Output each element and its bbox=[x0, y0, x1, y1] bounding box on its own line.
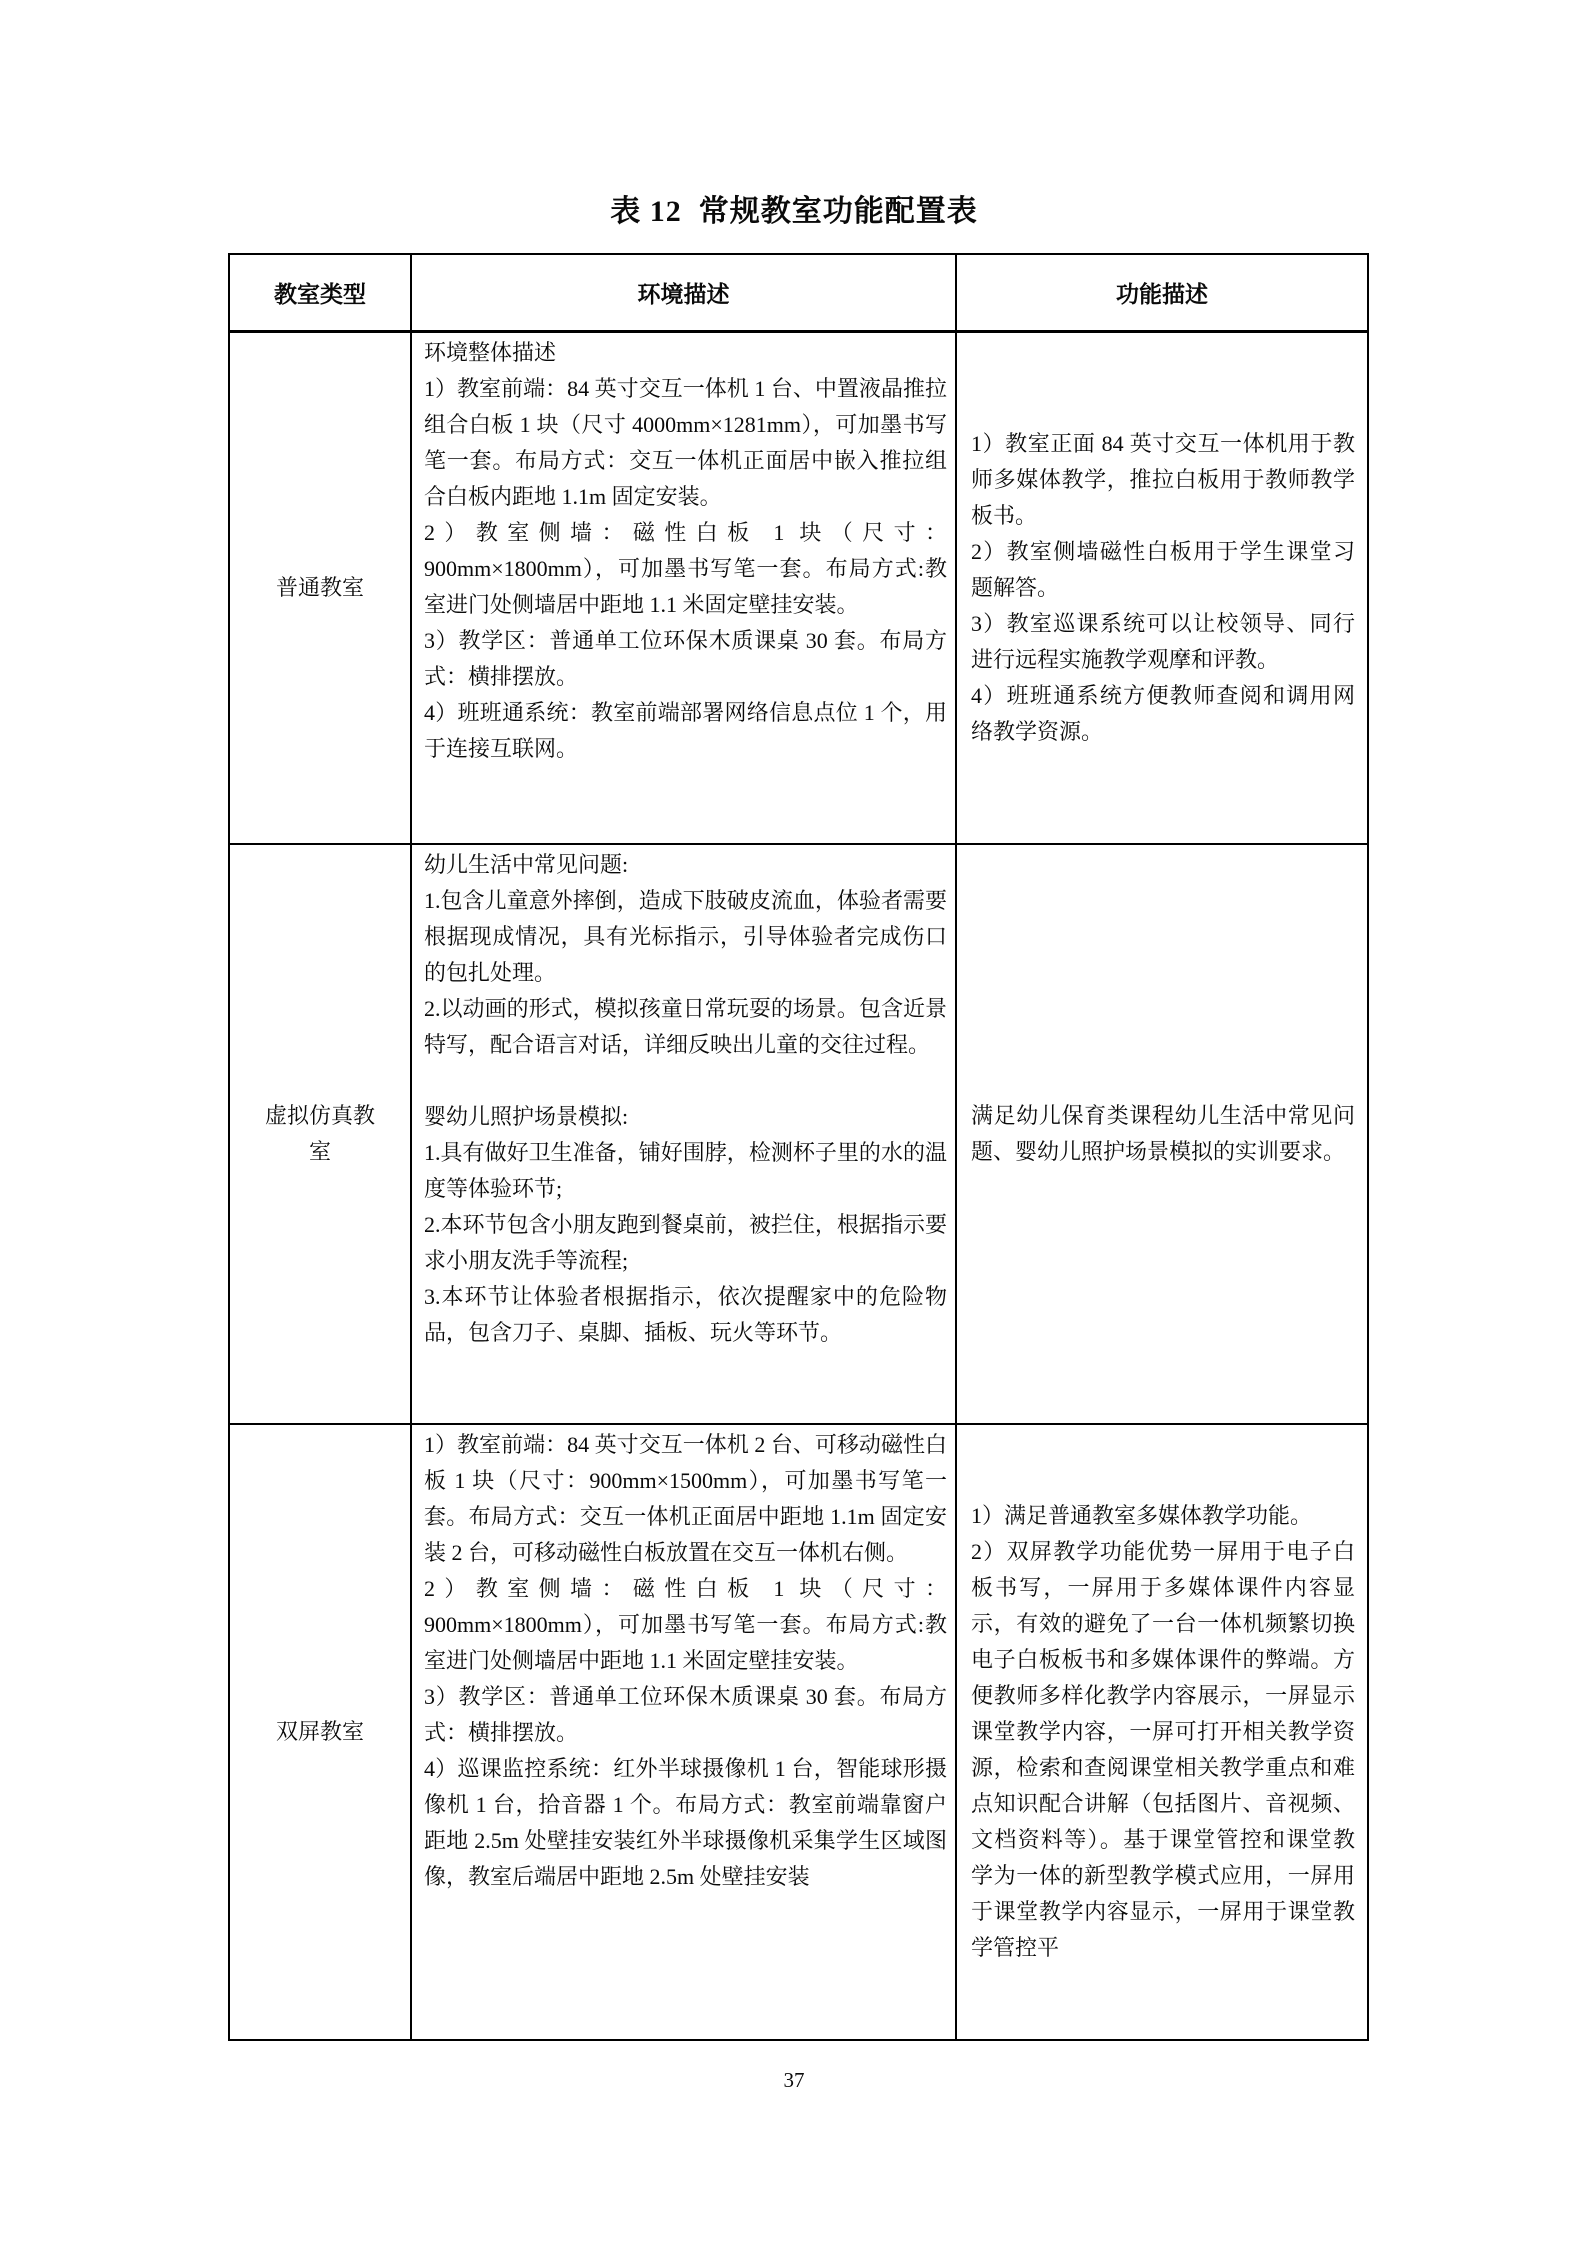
function-desc-cell: 1）教室正面 84 英寸交互一体机用于教师多媒体教学，推拉白板用于教师教学板书。… bbox=[956, 331, 1368, 844]
function-desc-text: 1）满足普通教室多媒体教学功能。 2）双屏教学功能优势一屏用于电子白板书写，一屏… bbox=[971, 1498, 1355, 1966]
page-number: 37 bbox=[0, 2068, 1588, 2093]
table-title: 表 12 常规教室功能配置表 bbox=[0, 186, 1588, 230]
environment-desc-cell: 环境整体描述 1）教室前端：84 英寸交互一体机 1 台、中置液晶推拉组合白板 … bbox=[411, 331, 956, 844]
function-desc-cell: 满足幼儿保育类课程幼儿生活中常见问题、婴幼儿照护场景模拟的实训要求。 bbox=[956, 844, 1368, 1424]
function-desc-text: 1）教室正面 84 英寸交互一体机用于教师多媒体教学，推拉白板用于教师教学板书。… bbox=[971, 426, 1355, 750]
function-desc-cell: 1）满足普通教室多媒体教学功能。 2）双屏教学功能优势一屏用于电子白板书写，一屏… bbox=[956, 1424, 1368, 2040]
header-classroom-type: 教室类型 bbox=[229, 254, 411, 331]
function-desc-text: 满足幼儿保育类课程幼儿生活中常见问题、婴幼儿照护场景模拟的实训要求。 bbox=[971, 1098, 1355, 1170]
document-page: 表 12 常规教室功能配置表 教室类型 环境描述 功能描述 普通教室 bbox=[0, 0, 1588, 2245]
table-row-ordinary-classroom: 普通教室 环境整体描述 1）教室前端：84 英寸交互一体机 1 台、中置液晶推拉… bbox=[229, 331, 1368, 844]
table-row-virtual-simulation-classroom: 虚拟仿真教室 幼儿生活中常见问题: 1.包含儿童意外摔倒，造成下肢破皮流血，体验… bbox=[229, 844, 1368, 1424]
environment-desc-text: 1）教室前端：84 英寸交互一体机 2 台、可移动磁性白板 1 块（尺寸：900… bbox=[424, 1427, 947, 1895]
environment-desc-text: 幼儿生活中常见问题: 1.包含儿童意外摔倒，造成下肢破皮流血，体验者需要根据现成… bbox=[424, 847, 947, 1351]
classroom-type-label: 双屏教室 bbox=[276, 1719, 364, 1744]
config-table-wrapper: 教室类型 环境描述 功能描述 普通教室 环境整体描述 1）教室前端：84 英寸交… bbox=[228, 253, 1367, 2041]
classroom-type-cell: 普通教室 bbox=[229, 331, 411, 844]
classroom-type-label: 虚拟仿真教室 bbox=[265, 1103, 375, 1164]
table-row-dual-screen-classroom: 双屏教室 1）教室前端：84 英寸交互一体机 2 台、可移动磁性白板 1 块（尺… bbox=[229, 1424, 1368, 2040]
classroom-config-table: 教室类型 环境描述 功能描述 普通教室 环境整体描述 1）教室前端：84 英寸交… bbox=[228, 253, 1369, 2041]
environment-desc-text: 环境整体描述 1）教室前端：84 英寸交互一体机 1 台、中置液晶推拉组合白板 … bbox=[424, 335, 947, 767]
header-row: 教室类型 环境描述 功能描述 bbox=[229, 254, 1368, 331]
classroom-type-cell: 双屏教室 bbox=[229, 1424, 411, 2040]
classroom-type-label: 普通教室 bbox=[276, 575, 364, 600]
header-environment-desc: 环境描述 bbox=[411, 254, 956, 331]
environment-desc-cell: 幼儿生活中常见问题: 1.包含儿童意外摔倒，造成下肢破皮流血，体验者需要根据现成… bbox=[411, 844, 956, 1424]
classroom-type-cell: 虚拟仿真教室 bbox=[229, 844, 411, 1424]
environment-desc-cell: 1）教室前端：84 英寸交互一体机 2 台、可移动磁性白板 1 块（尺寸：900… bbox=[411, 1424, 956, 2040]
header-function-desc: 功能描述 bbox=[956, 254, 1368, 331]
